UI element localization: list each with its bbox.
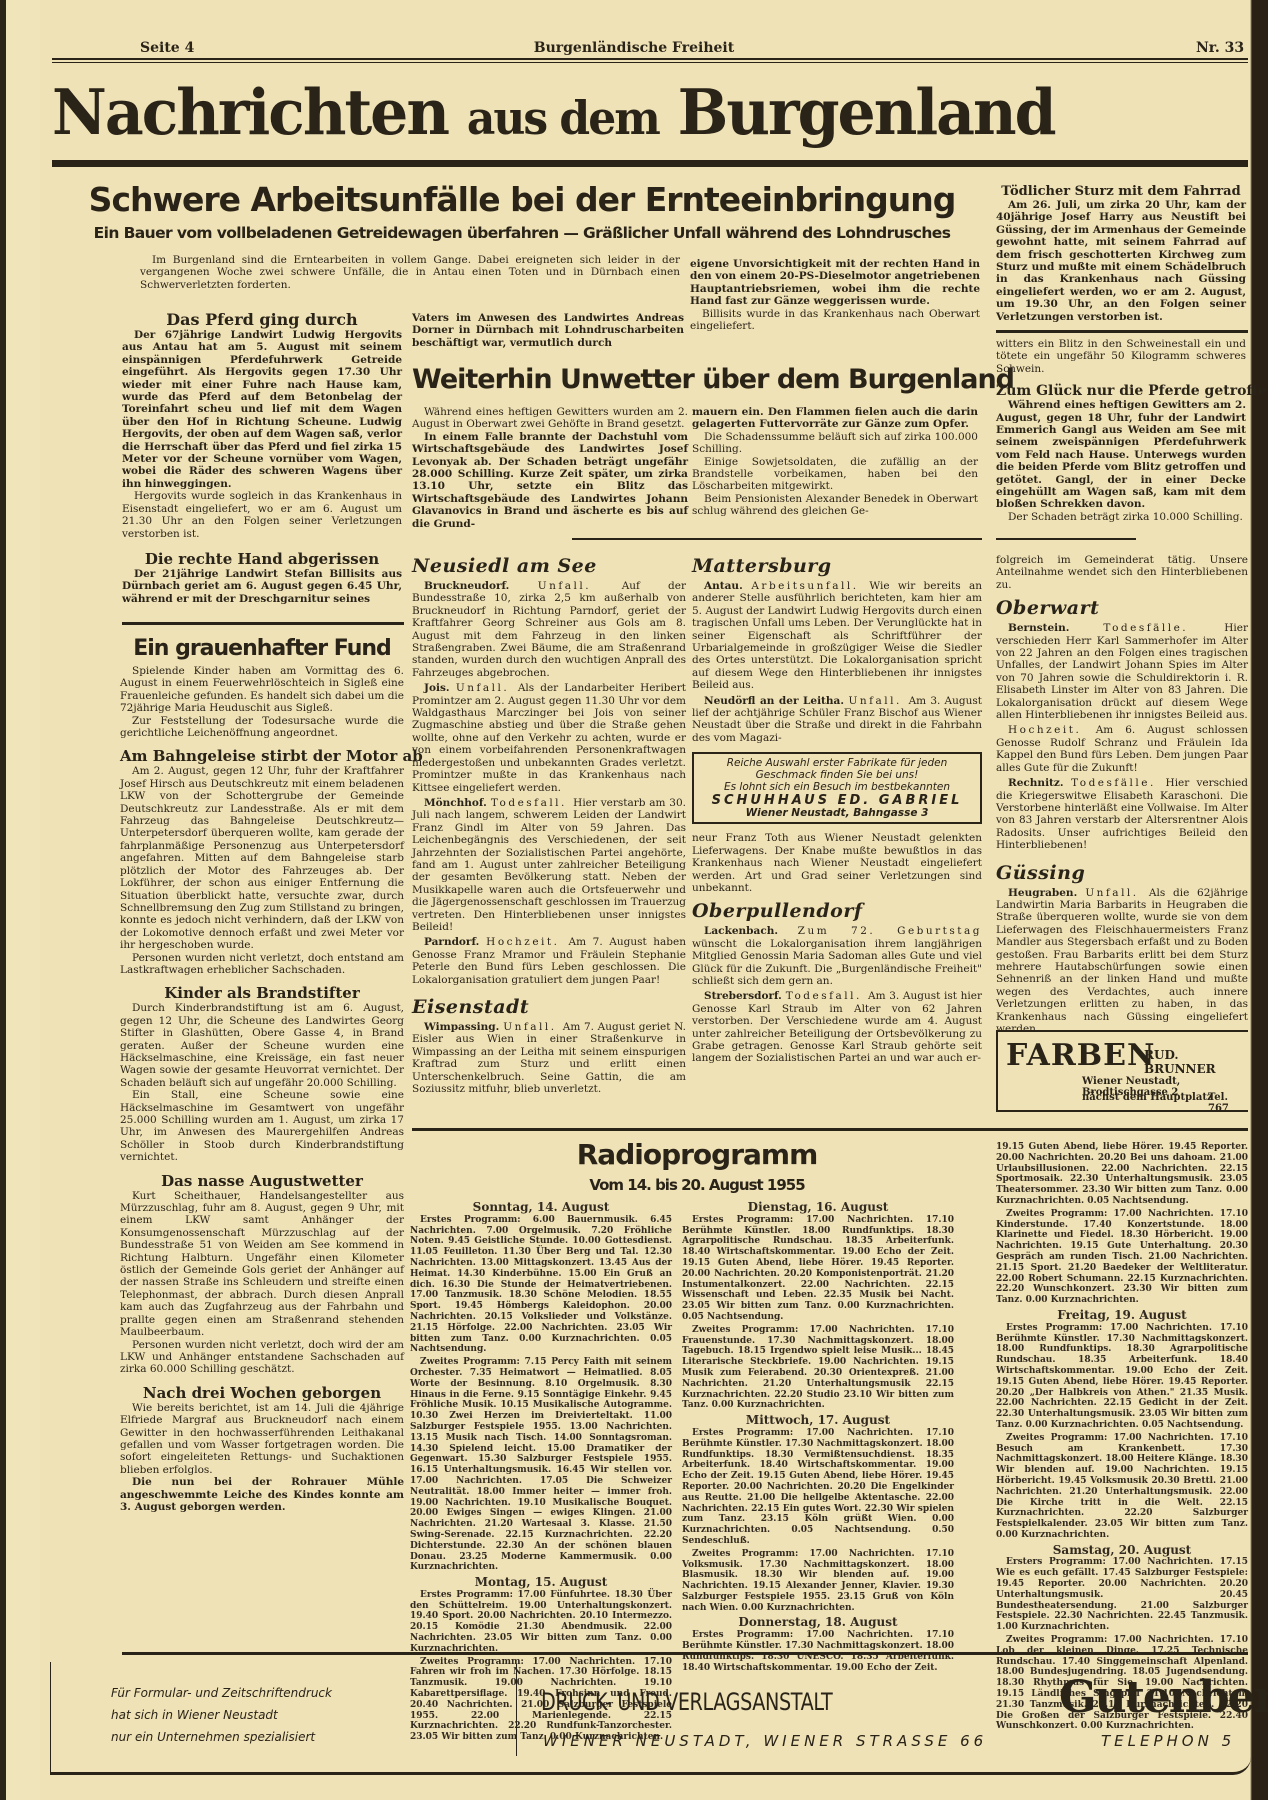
ad-gutenberg: Für Formular- und Zeitschriftendruck hat… xyxy=(50,1662,1251,1775)
lead-subheadline: Ein Bauer vom vollbeladenen Getreidewage… xyxy=(52,224,992,242)
radio-day: Sonntag, 14. August xyxy=(410,1202,672,1213)
news-item: Mönchhof. Todesfall. Hier verstarb am 30… xyxy=(412,797,686,933)
region-title: Neusiedl am See xyxy=(412,555,686,577)
newspaper-page: Seite 4 Burgenländische Freiheit Nr. 33 … xyxy=(0,0,1268,1800)
news-item: Lackenbach. Zum 72. Geburtstag wünscht d… xyxy=(692,925,982,987)
news-item: Wimpassing. Unfall. Am 7. August geriet … xyxy=(412,1021,686,1095)
article-hand-end: eigene Unvorsichtigkeit mit der rechten … xyxy=(690,258,980,332)
article-hand-cont: Vaters im Anwesen des Landwirtes Andreas… xyxy=(412,312,684,349)
news-item: Strebersdorf. Todesfall. Am 3. August is… xyxy=(692,990,982,1064)
radio-day: Dienstag, 16. August xyxy=(682,1202,954,1213)
article-title: Kinder als Brandstifter xyxy=(120,984,404,1002)
news-item: Antau. Arbeitsunfall. Wie wir bereits an… xyxy=(692,580,982,692)
left-column: Ein grauenhafter Fund Spielende Kinder h… xyxy=(120,636,404,1513)
radio-day: Mittwoch, 17. August xyxy=(682,1415,954,1426)
issue-number: Nr. 33 xyxy=(1196,40,1244,56)
section-masthead: Nachrichten aus dem Burgenland xyxy=(52,76,1252,150)
news-item: Bernstein. Todesfälle. Hier verschieden … xyxy=(996,622,1248,721)
storm-headline: Weiterhin Unwetter über dem Burgenland xyxy=(412,364,980,395)
masthead-rule xyxy=(52,160,1248,167)
region-title: Oberwart xyxy=(996,597,1248,619)
news-item: Parndorf. Hochzeit. Am 7. August haben G… xyxy=(412,936,686,986)
radio-day: Samstag, 20. August xyxy=(996,1545,1248,1556)
lead-intro: Im Burgenland sind die Erntearbeiten in … xyxy=(140,254,680,291)
radio-day: Montag, 15. August xyxy=(410,1577,672,1588)
article-title: Nach drei Wochen geborgen xyxy=(120,1384,404,1402)
ad-farben: FARBEN RUD. BRUNNER Wiener Neustadt, Bro… xyxy=(996,1030,1248,1112)
region-oberwart: folgreich im Gemeinderat tätig. Unsere A… xyxy=(996,554,1248,1035)
article-fahrrad: Tödlicher Sturz mit dem Fahrrad Am 26. J… xyxy=(996,184,1246,323)
article-pferd: Das Pferd ging durch Der 67jährige Landw… xyxy=(122,310,402,605)
article-title: Das nasse Augustwetter xyxy=(120,1172,404,1190)
news-item: Jois. Unfall. Als der Landarbeiter Herib… xyxy=(412,682,686,794)
article-title: Tödlicher Sturz mit dem Fahrrad xyxy=(996,184,1246,199)
region-title: Oberpullendorf xyxy=(692,900,982,922)
radio-day: Freitag, 19. August xyxy=(996,1310,1248,1321)
region-mattersburg: Mattersburg Antau. Arbeitsunfall. Wie wi… xyxy=(692,555,982,1065)
divider xyxy=(572,538,982,540)
news-item: Rechnitz. Todesfälle. Hier verschied die… xyxy=(996,777,1248,851)
storm-col2: mauern ein. Den Flammen fielen auch die … xyxy=(692,406,978,518)
news-item: Bruckneudorf. Unfall. Auf der Bundesstra… xyxy=(412,580,686,679)
radio-title: Radioprogramm xyxy=(412,1138,982,1171)
divider xyxy=(412,1128,1248,1131)
divider xyxy=(122,622,404,625)
radio-day: Donnerstag, 18. August xyxy=(682,1617,954,1628)
region-title: Güssing xyxy=(996,862,1248,884)
region-title: Eisenstadt xyxy=(412,996,686,1018)
article-title: Am Bahngeleise stirbt der Motor ab xyxy=(120,747,404,765)
article-title: Ein grauenhafter Fund xyxy=(120,636,404,661)
radio-col2: Dienstag, 16. August Erstes Programm: 17… xyxy=(682,1198,954,1675)
news-item: Hochzeit. Am 6. August schlossen Genosse… xyxy=(996,724,1248,774)
top-rule xyxy=(52,58,1248,63)
ad-schuhhaus: Reiche Auswahl erster Fabrikate für jede… xyxy=(692,752,982,824)
article-title: Zum Glück nur die Pferde getroffen xyxy=(996,383,1246,399)
news-item: Heugraben. Unfall. Als die 62jährige Lan… xyxy=(996,887,1248,1036)
news-item: Neudörfl an der Leitha. Unfall. Am 3. Au… xyxy=(692,695,982,745)
region-neusiedl: Neusiedl am See Bruckneudorf. Unfall. Au… xyxy=(412,555,686,1095)
newspaper-name: Burgenländische Freiheit xyxy=(0,40,1268,56)
radio-subtitle: Vom 14. bis 20. August 1955 xyxy=(412,1176,982,1194)
article-pferde: witters ein Blitz in den Schweinestall e… xyxy=(996,338,1246,523)
region-title: Mattersburg xyxy=(692,555,982,577)
divider xyxy=(996,330,1248,333)
storm-col1: Während eines heftigen Gewitters wurden … xyxy=(412,406,688,530)
article-title: Die rechte Hand abgerissen xyxy=(122,550,402,568)
article-title: Das Pferd ging durch xyxy=(122,310,402,329)
divider xyxy=(122,1652,1248,1655)
divider xyxy=(996,538,1136,540)
radio-col3: 19.15 Guten Abend, liebe Hörer. 19.45 Re… xyxy=(996,1142,1248,1734)
lead-headline: Schwere Arbeitsunfälle bei der Ernteeinb… xyxy=(52,180,992,219)
